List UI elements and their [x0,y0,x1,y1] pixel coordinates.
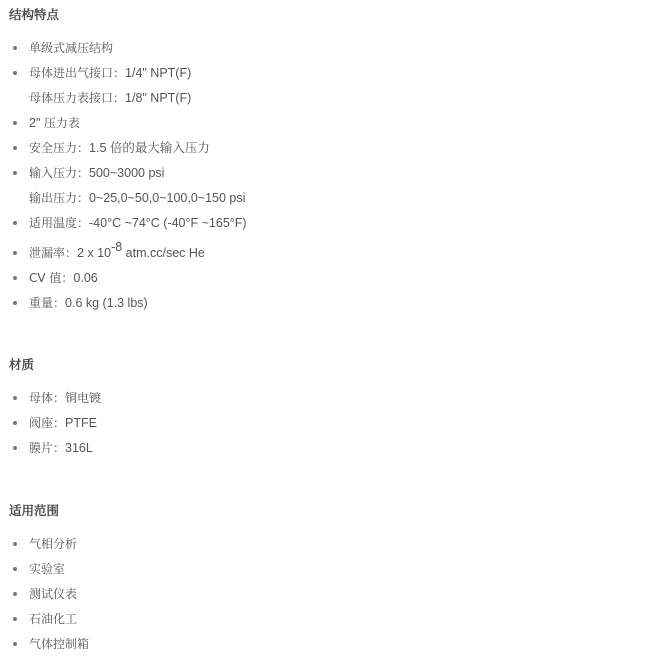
item-text: 单级式减压结构 [29,39,113,57]
section-heading-materials: 材质 [9,357,34,373]
bullet-icon [13,421,17,425]
section-heading-applications: 适用范围 [9,503,59,519]
item-text: 石油化工 [29,610,77,628]
item-text: 测试仪表 [29,585,77,603]
item-text: 母体进出气接口：1/4" NPT(F) [29,64,191,82]
item-text: 阀座：PTFE [29,414,97,432]
bullet-icon [13,121,17,125]
item-text: 母体：铜电镀 [29,389,101,407]
item-text: 母体压力表接口：1/8" NPT(F) [29,89,191,107]
bullet-icon [13,146,17,150]
item-text: 实验室 [29,560,65,578]
bullet-icon [13,542,17,546]
bullet-icon [13,46,17,50]
bullet-icon [13,592,17,596]
item-text: 输入压力：500~3000 psi [29,164,164,182]
item-text: 气体控制箱 [29,635,89,653]
bullet-icon [13,567,17,571]
bullet-icon [13,251,17,255]
item-text: 适用温度：-40°C ~74°C (-40°F ~165°F) [29,214,247,232]
item-text: 重量：0.6 kg (1.3 lbs) [29,294,148,312]
item-text: 安全压力：1.5 倍的最大输入压力 [29,139,210,157]
bullet-icon [13,221,17,225]
bullet-icon [13,642,17,646]
bullet-icon [13,171,17,175]
item-text: 膜片：316L [29,439,93,457]
item-text: 泄漏率：2 x 10-8 atm.cc/sec He [29,244,205,262]
bullet-icon [13,446,17,450]
bullet-icon [13,276,17,280]
bullet-icon [13,617,17,621]
item-text: CV 值：0.06 [29,269,98,287]
bullet-icon [13,301,17,305]
item-text: 输出压力：0~25,0~50,0~100,0~150 psi [29,189,245,207]
item-text: 2" 压力表 [29,114,80,132]
bullet-icon [13,396,17,400]
bullet-icon [13,71,17,75]
section-heading-structure: 结构特点 [9,7,59,23]
item-text: 气相分析 [29,535,77,553]
